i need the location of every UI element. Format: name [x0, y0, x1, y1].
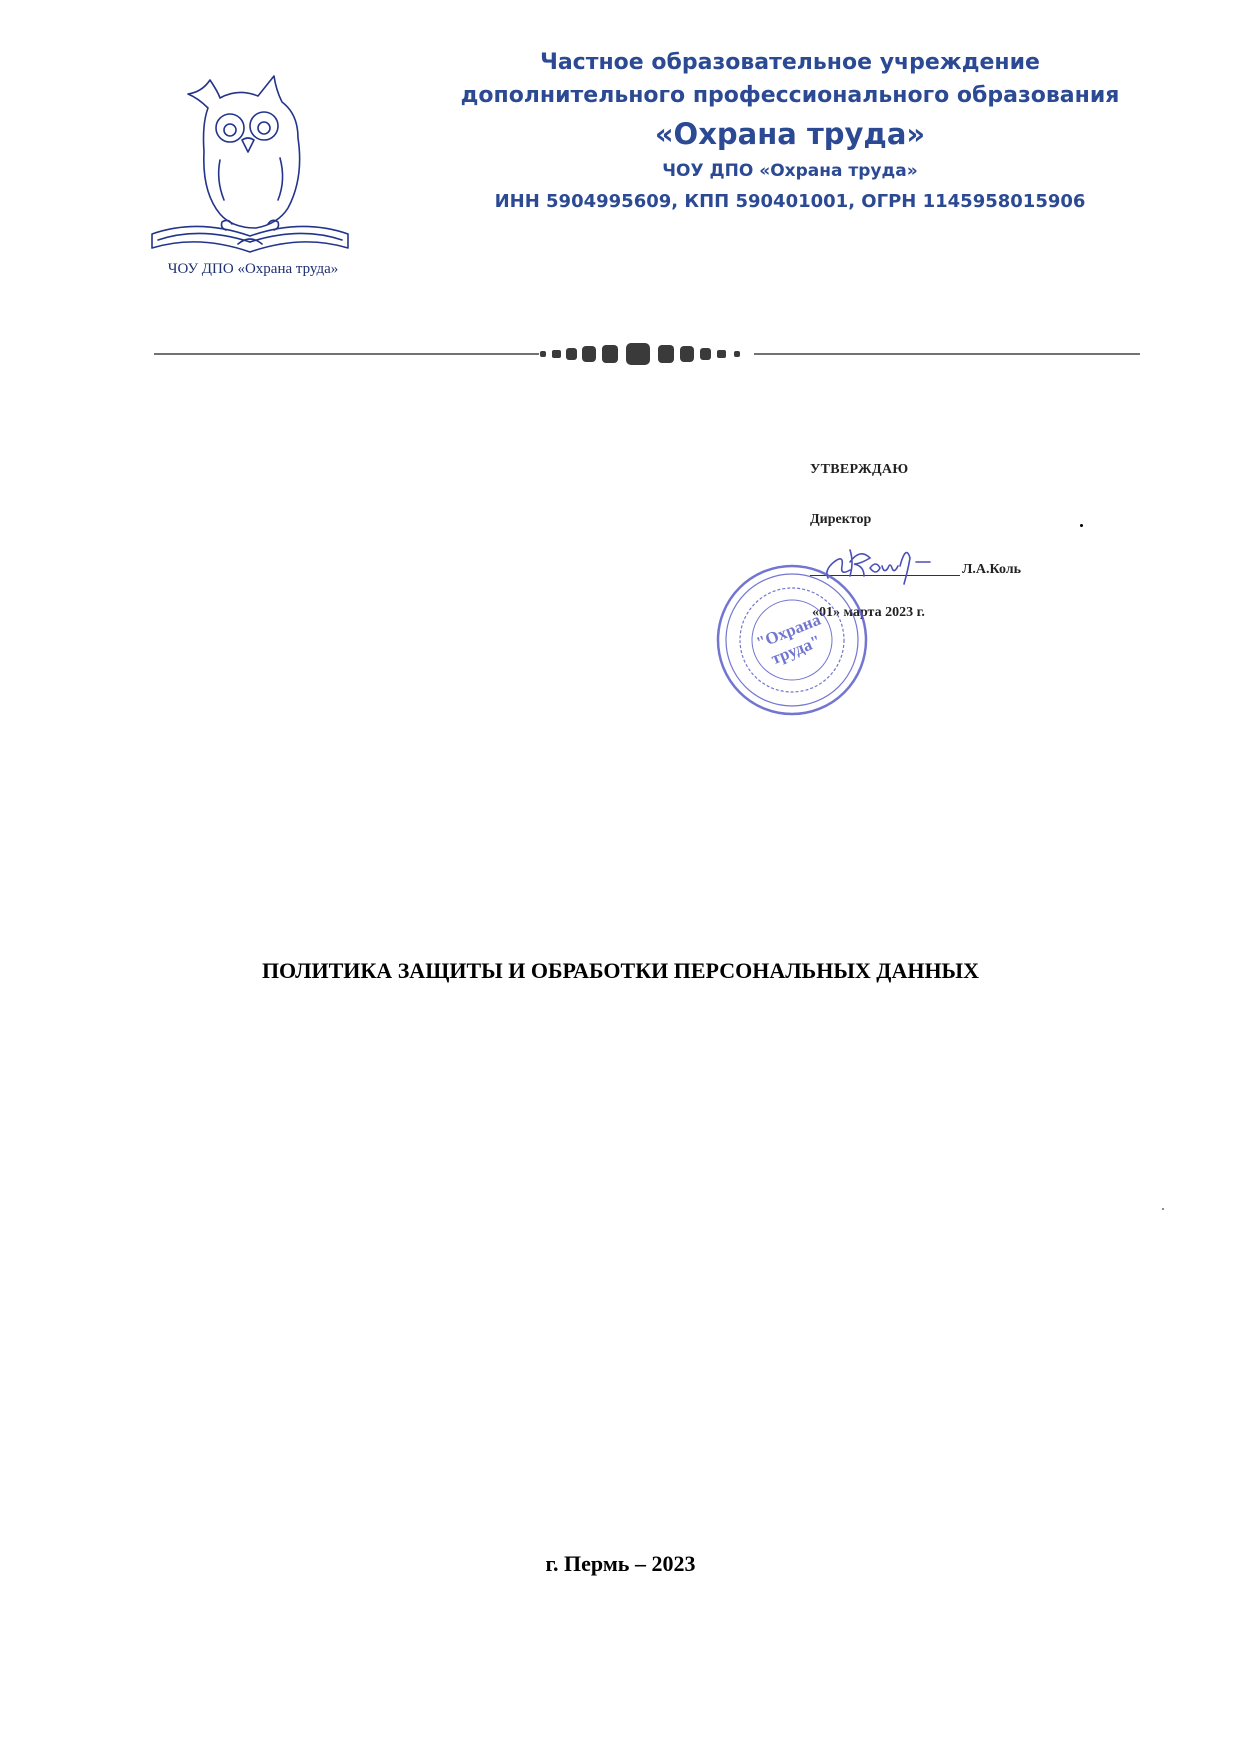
- org-type-line: Частное образовательное учреждение: [440, 46, 1140, 79]
- org-short-name: ЧОУ ДПО «Охрана труда»: [440, 156, 1140, 186]
- owl-logo: ЧОУ ДПО «Охрана труда»: [148, 68, 358, 283]
- logo-caption: ЧОУ ДПО «Охрана труда»: [148, 261, 358, 278]
- official-stamp-icon: "Охрана труда": [712, 562, 872, 718]
- org-requisites: ИНН 5904995609, КПП 590401001, ОГРН 1145…: [440, 186, 1140, 218]
- org-education-line: дополнительного профессионального образо…: [440, 79, 1140, 112]
- document-title: ПОЛИТИКА ЗАЩИТЫ И ОБРАБОТКИ ПЕРСОНАЛЬНЫХ…: [0, 958, 1241, 984]
- decorative-divider: [154, 340, 1140, 368]
- org-name: «Охрана труда»: [440, 112, 1140, 156]
- place-and-year: г. Пермь – 2023: [0, 1551, 1241, 1577]
- owl-book-icon: [148, 68, 358, 263]
- stray-mark: [1080, 524, 1083, 527]
- stray-mark: [1162, 1208, 1164, 1210]
- signer-name: Л.А.Коль: [962, 562, 1021, 578]
- organization-header: Частное образовательное учреждение допол…: [440, 46, 1140, 218]
- director-position: Директор: [810, 512, 871, 528]
- approve-label: УТВЕРЖДАЮ: [810, 462, 908, 478]
